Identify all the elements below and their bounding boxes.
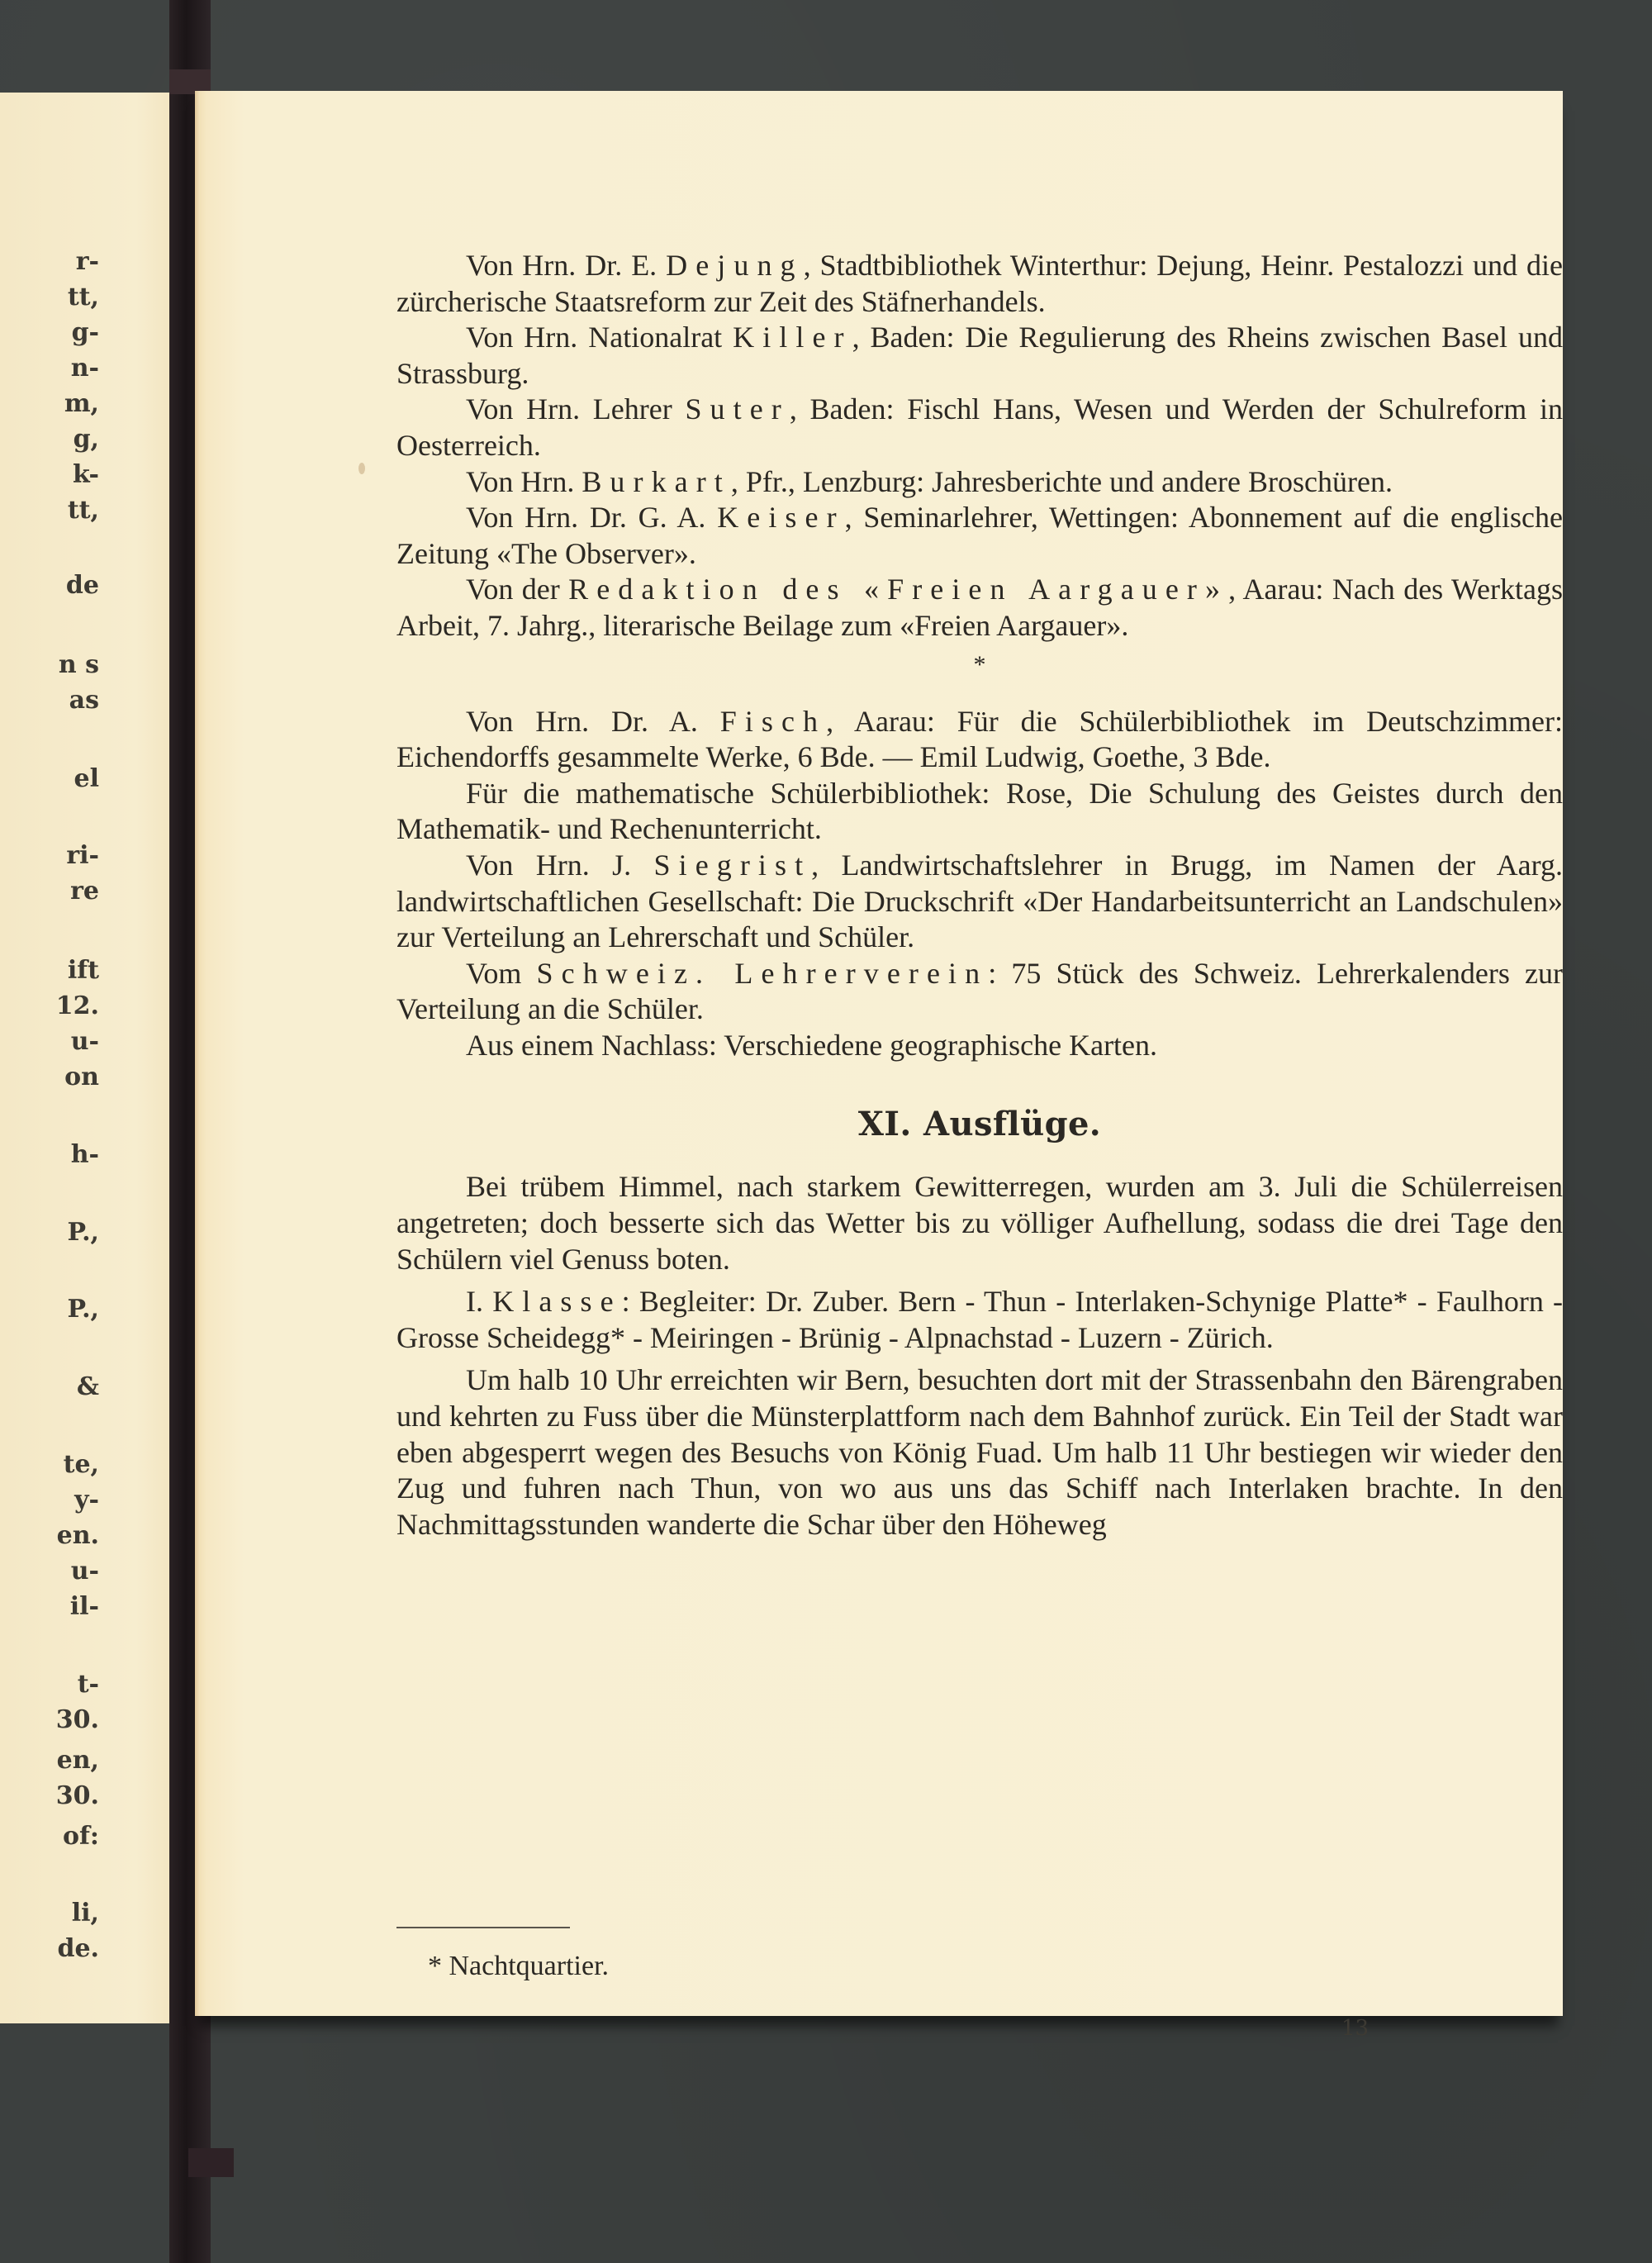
text-fragment: k- (73, 463, 99, 487)
text-fragment: 12. (56, 994, 99, 1019)
paragraph-text: Für die mathematische Schülerbibliothek:… (396, 777, 1563, 846)
paragraph-text: Von Hrn. Dr. A. (466, 705, 720, 738)
footnote-divider (396, 1927, 570, 1928)
emphasized-name: Siegrist (654, 849, 812, 882)
text-fragment: ift (68, 958, 99, 983)
text-fragment: n s (59, 653, 99, 677)
emphasized-name: Redaktion des «Freien Aargauer» (568, 573, 1228, 606)
paragraph: Von Hrn. Nationalrat Killer, Baden: Die … (396, 320, 1563, 392)
text-fragment: ri- (66, 844, 99, 868)
paragraph: I. Klasse: Begleiter: Dr. Zuber. Bern - … (396, 1284, 1563, 1356)
paragraph-text: Von Hrn. (466, 465, 582, 498)
previous-page-edge: r-tt,g-n-m,g,k-tt,den saselri-reift12.u-… (0, 93, 195, 2023)
text-fragment: de (66, 573, 99, 598)
paragraph: Vom Schweiz. Lehrerverein: 75 Stück des … (396, 956, 1563, 1028)
text-fragment: u- (71, 1559, 99, 1584)
emphasized-name: Killer (733, 321, 852, 354)
paper-stain (358, 463, 365, 474)
page-body-text: Von Hrn. Dr. E. Dejung, Stadtbibliothek … (396, 248, 1563, 1543)
paragraph: Aus einem Nachlass: Verschiedene geograp… (396, 1028, 1563, 1064)
paragraph: Von Hrn. Dr. E. Dejung, Stadtbibliothek … (396, 248, 1563, 320)
text-fragment: & (77, 1375, 99, 1400)
donations-list: Von Hrn. Dr. E. Dejung, Stadtbibliothek … (396, 248, 1563, 644)
text-fragment: u- (71, 1029, 99, 1054)
text-fragment: tt, (68, 498, 99, 523)
paragraph-text: Von der (466, 573, 568, 606)
footnote: * Nachtquartier. (428, 1952, 609, 1980)
paragraph-text: Vom (466, 957, 537, 990)
text-fragment: g- (72, 321, 99, 345)
paragraph-gap (396, 1277, 1563, 1284)
section-heading: XI. Ausflüge. (396, 1108, 1563, 1141)
text-fragment: de. (57, 1937, 99, 1961)
text-fragment: 30. (56, 1784, 99, 1809)
text-fragment: en, (57, 1748, 99, 1773)
text-fragment: h- (71, 1143, 99, 1167)
paragraph-text: Bei trübem Himmel, nach starkem Gewitter… (396, 1170, 1563, 1275)
text-fragment: m, (64, 392, 99, 416)
text-fragment: li, (72, 1901, 99, 1926)
paragraph-text: Von Hrn. Dr. G. A. (466, 501, 717, 534)
paragraph: Von Hrn. Dr. A. Fisch, Aarau: Für die Sc… (396, 704, 1563, 776)
paragraph-gap (396, 1356, 1563, 1362)
paragraph-text: Aus einem Nachlass: Verschiedene geograp… (466, 1029, 1157, 1062)
paragraph-text: I. (466, 1285, 492, 1318)
paragraph: Von Hrn. J. Siegrist, Landwirtschaftsleh… (396, 848, 1563, 956)
paragraph: Von Hrn. Burkart, Pfr., Lenzburg: Jahres… (396, 464, 1563, 501)
paragraph: Von Hrn. Dr. G. A. Keiser, Seminarlehrer… (396, 500, 1563, 572)
spine-tailband (188, 2148, 234, 2177)
excursions-text: Bei trübem Himmel, nach starkem Gewitter… (396, 1169, 1563, 1543)
text-fragment: r- (76, 250, 99, 274)
emphasized-name: Burkart (582, 465, 731, 498)
paragraph-text: Um halb 10 Uhr erreichten wir Bern, besu… (396, 1363, 1563, 1540)
emphasized-name: Keiser (717, 501, 844, 534)
text-fragment: t- (78, 1672, 99, 1697)
paragraph: Bei trübem Himmel, nach starkem Gewitter… (396, 1169, 1563, 1277)
paragraph: Um halb 10 Uhr erreichten wir Bern, besu… (396, 1362, 1563, 1543)
paragraph: Von der Redaktion des «Freien Aargauer»,… (396, 572, 1563, 644)
page-gutter (195, 91, 200, 2016)
text-fragment: on (64, 1065, 99, 1090)
text-fragment: n- (71, 356, 99, 381)
paragraph: Für die mathematische Schülerbibliothek:… (396, 776, 1563, 848)
paragraph-text: Von Hrn. Nationalrat (466, 321, 733, 354)
emphasized-name: Schweiz. Lehrerverein (537, 957, 989, 990)
text-fragment: P., (68, 1297, 99, 1322)
text-fragment: 30. (56, 1708, 99, 1733)
text-fragment: P., (68, 1220, 99, 1245)
paragraph-text: Von Hrn. Dr. E. (466, 249, 666, 282)
emphasized-name: Suter (685, 392, 789, 426)
text-fragment: il- (70, 1595, 99, 1619)
text-fragment: as (69, 688, 99, 713)
page-number: 13 (1341, 2016, 1369, 2041)
paragraph-text: , Pfr., Lenzburg: Jahresberichte und and… (731, 465, 1393, 498)
emphasized-name: Fisch (720, 705, 826, 738)
book-page: Von Hrn. Dr. E. Dejung, Stadtbibliothek … (195, 91, 1563, 2016)
paragraph-text: Von Hrn. J. (466, 849, 654, 882)
text-fragment: en. (57, 1524, 99, 1548)
emphasized-name: Klasse (492, 1285, 621, 1318)
asterisk-separator: * (396, 644, 1563, 704)
text-fragment: g, (74, 427, 99, 452)
text-fragment: el (74, 767, 99, 792)
donations-list-school-library: Von Hrn. Dr. A. Fisch, Aarau: Für die Sc… (396, 704, 1563, 1064)
text-fragment: tt, (68, 285, 99, 310)
text-fragment: re (70, 879, 99, 904)
text-fragment: of: (63, 1824, 99, 1849)
text-fragment: y- (74, 1488, 99, 1513)
text-fragment: te, (64, 1452, 99, 1477)
emphasized-name: Dejung (666, 249, 803, 282)
paragraph-text: Von Hrn. Lehrer (466, 392, 685, 426)
paragraph: Von Hrn. Lehrer Suter, Baden: Fischl Han… (396, 392, 1563, 464)
